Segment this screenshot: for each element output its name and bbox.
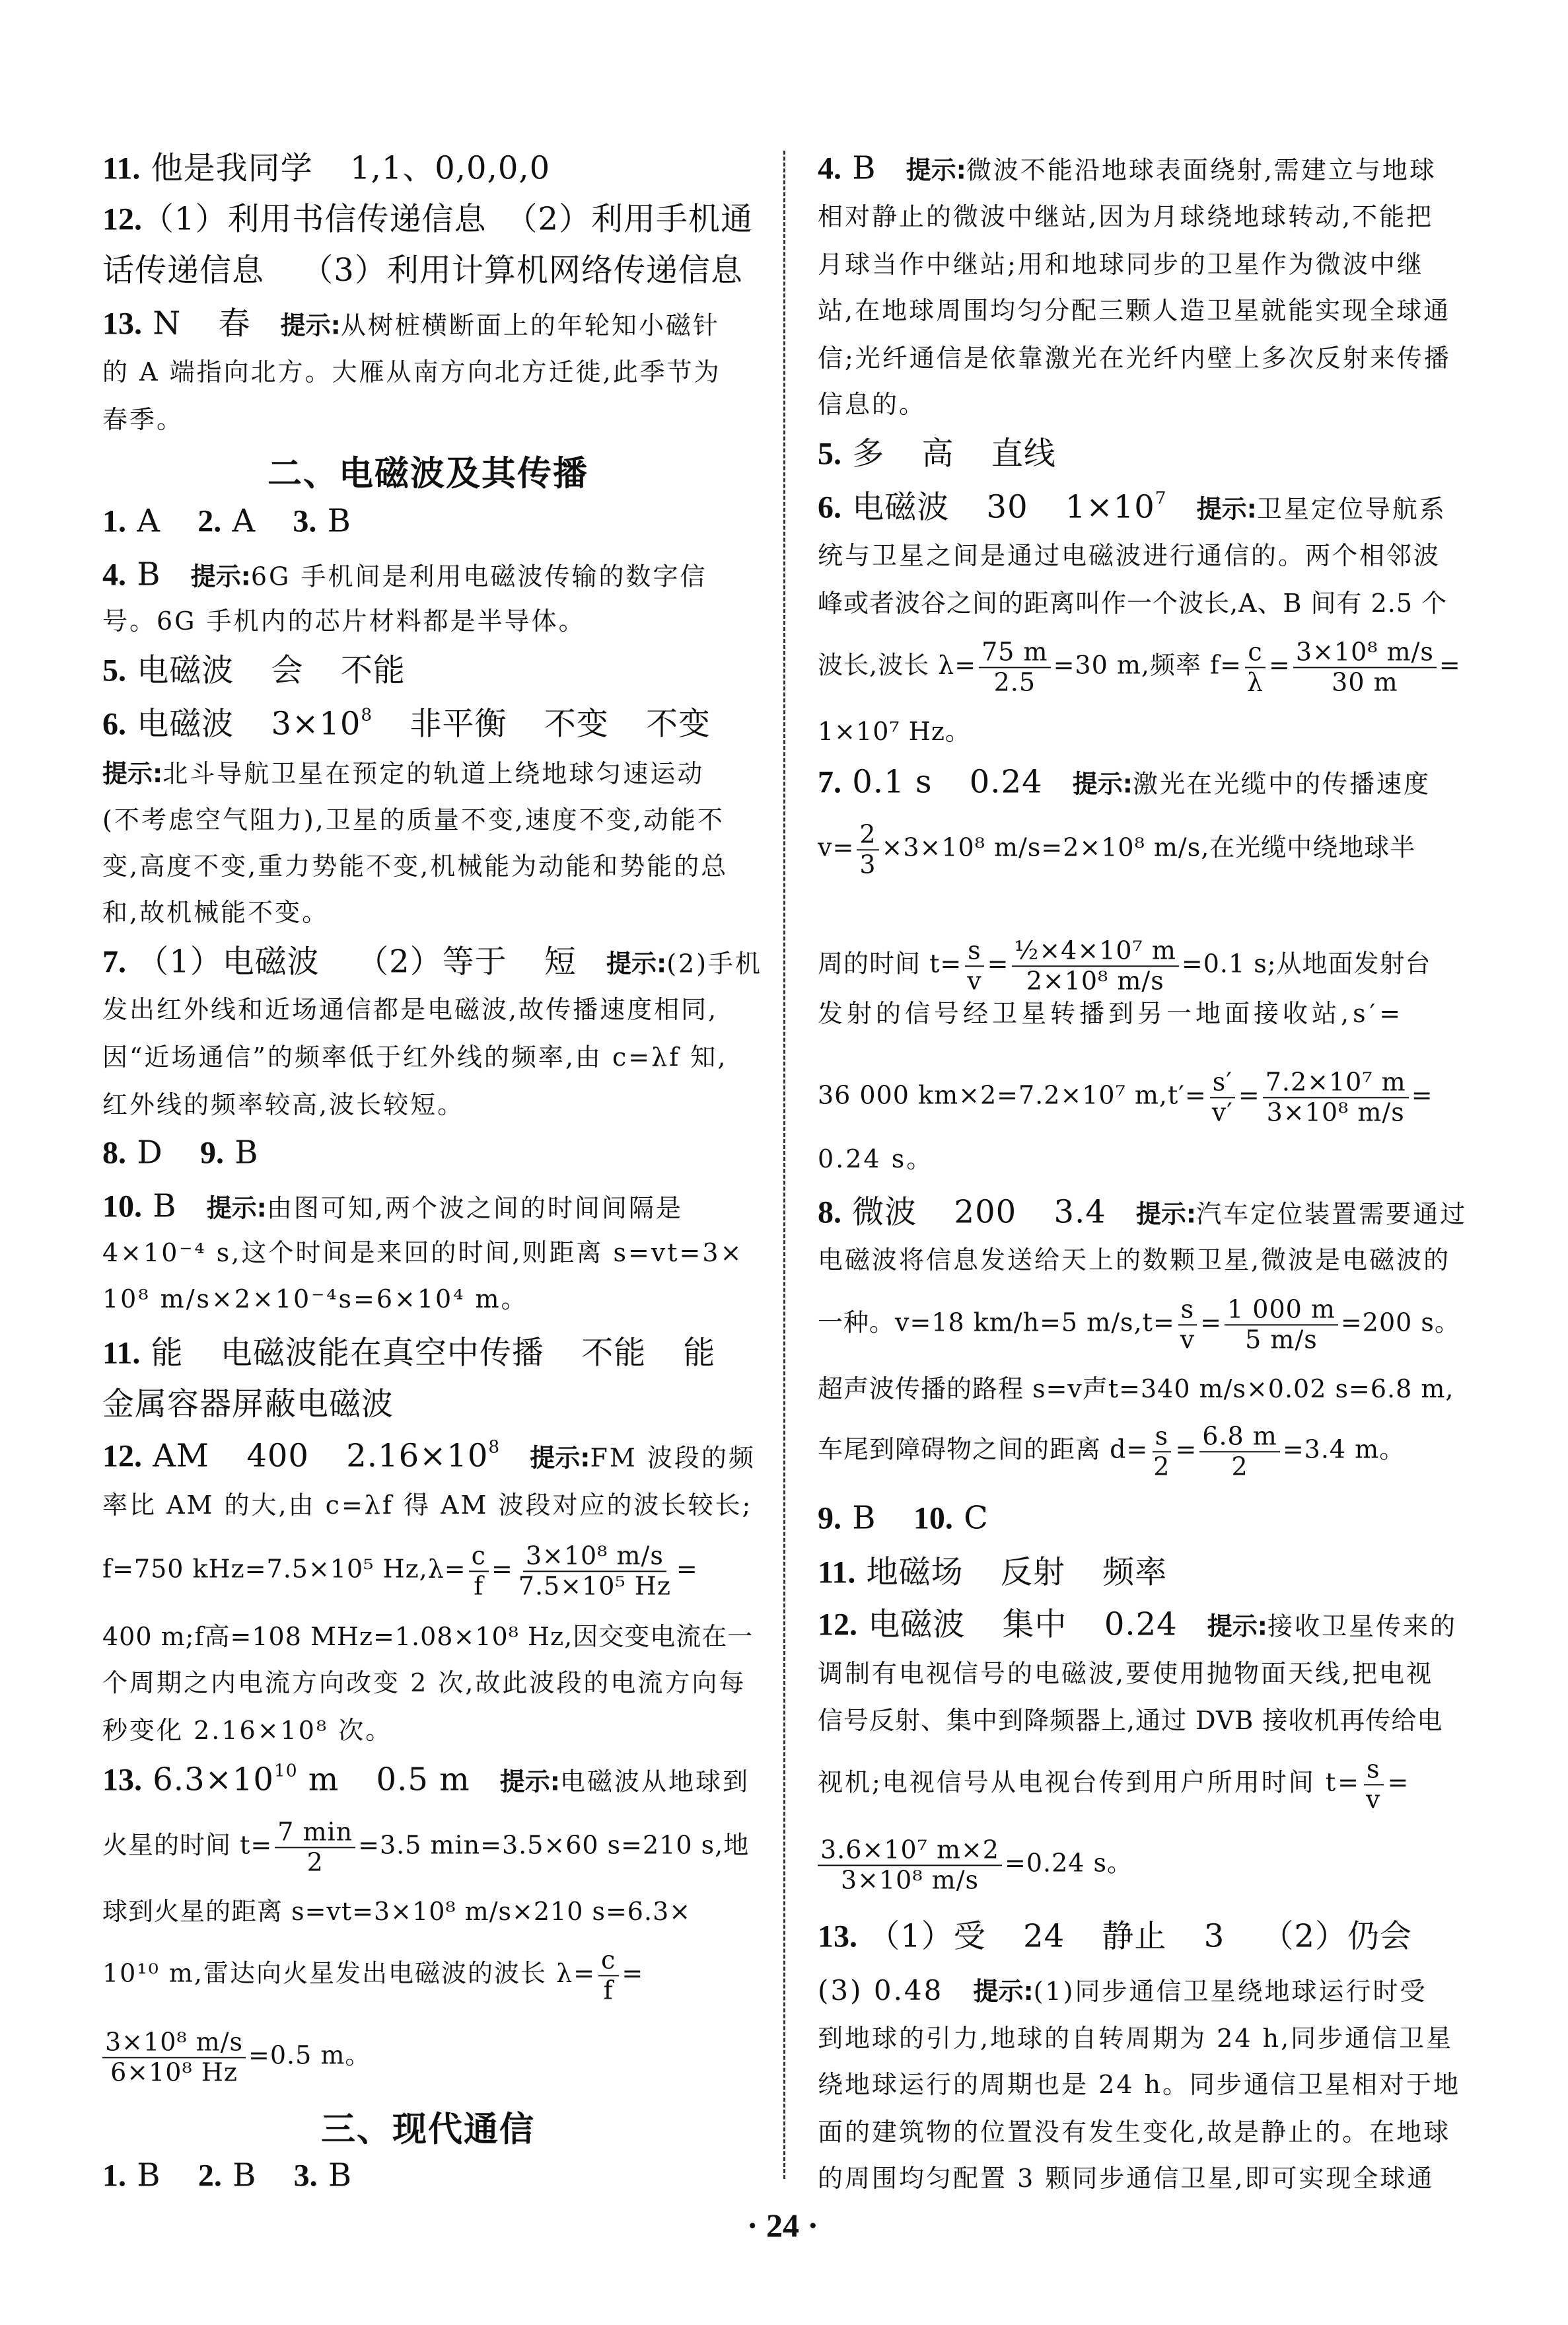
fraction: s′v′ [1209,1068,1236,1126]
hint-text: 4×10⁻⁴ s,这个时间是来回的时间,则距离 s=vt=3× [102,1240,753,1265]
hint-text: 信息的。 [818,392,1472,417]
answer-text: 非平衡 [410,706,507,743]
question-number: 5. [818,437,841,472]
answer-r12-line1: 12. 电磁波 集中 0.24 提示:接收卫星传来的 [818,1609,1472,1641]
question-number: 11. [102,151,140,186]
question-number: 4. [102,558,126,593]
hint-text: 到地球的引力,地球的自转周期为 24 h,同步通信卫星 [818,2026,1472,2051]
hint-label: 提示: [1136,1200,1196,1229]
question-number: 8. [102,1136,126,1171]
question-number: 6. [102,707,126,742]
hint-text: 站,在地球周围均匀分配三颗人造卫星就能实现全球通 [818,298,1472,323]
answer-r13-line2: (3) 0.48 提示:(1)同步通信卫星绕地球运行时受 [818,1977,1472,2005]
answer-text: 电磁波 [868,1606,965,1643]
answer-text: 不能 [341,652,406,689]
answer-r5: 5. 多 高 直线 [818,438,1472,470]
hint-text: 统与卫星之间是通过电磁波进行通信的。两个相邻波 [818,543,1472,568]
hint-label: 提示: [1207,1612,1267,1641]
answer-text: 春 [219,305,251,342]
fraction: 1 000 m5 m/s [1225,1295,1338,1354]
hint-formula: 视机;电视信号从电视台传到用户所用时间 t=sv= [818,1755,1472,1814]
question-number: 7. [102,945,126,980]
answer-text: 0.1 s [852,764,932,801]
hint-text: 发出红外线和近场通信都是电磁波,故传播速度相同, [102,997,753,1022]
section-heading: 二、电磁波及其传播 [267,446,588,496]
answer-text: AM [153,1438,209,1475]
answer-text: （1）受 [868,1918,986,1955]
answer-text: 不能 [581,1335,646,1372]
question-number: 10. [102,1189,142,1224]
hint-label: 提示: [191,562,251,591]
question-number: 6. [818,490,841,525]
hint-text: 变,高度不变,重力势能不变,机械能为动能和势能的总 [102,854,753,879]
hint-text: 球到火星的距离 s=vt=3×10⁸ m/s×210 s=6.3× [102,1899,753,1924]
question-number: 13. [102,1763,142,1798]
hint-text: 的 A 端指向北方。大雁从南方向北方迁徙,此季节为 [102,359,753,385]
hint-label: 提示: [530,1444,590,1473]
hint-text: 秒变化 2.16×10⁸ 次。 [102,1718,753,1743]
fraction: 7.2×10⁷ m3×10⁸ m/s [1263,1068,1409,1126]
answer-r13-line1: 13. （1）受 24 静止 3 （2）仍会 [818,1921,1472,1953]
answer-text: 能 [151,1335,184,1372]
question-number: 12. [102,202,142,237]
fraction: 23 [857,820,878,879]
hint-formula: 3.6×10⁷ m×23×10⁸ m/s=0.24 s。 [818,1835,1472,1894]
hint-text: 春季。 [102,407,753,432]
hint-label: 提示: [500,1767,560,1796]
answer-7-line1: 7. （1）电磁波 （2）等于 短 提示:(2)手机 [102,946,753,978]
hint-formula: 波长,波长 λ=75 m2.5=30 m,频率 f=cλ=3×10⁸ m/s30… [818,638,1472,696]
hint-text: (2)手机 [666,949,762,978]
answer-text: 静止 [1102,1918,1166,1955]
hint-text: 电磁波将信息发送给天上的数颗卫星,微波是电磁波的 [818,1247,1472,1273]
question-number: 2. [198,2159,222,2194]
hint-text: (不考虑空气阻力),卫星的质量不变,速度不变,动能不 [102,807,753,832]
fraction: sv [1178,1295,1197,1354]
hint-text: 激光在光缆中的传播速度 [1133,770,1431,799]
fraction: 3.6×10⁷ m×23×10⁸ m/s [818,1835,1002,1894]
answer-text: 电磁波 [852,489,949,526]
answers-8-9: 8. D 9. B [102,1137,753,1169]
fraction: 6.8 m2 [1199,1422,1280,1481]
answer-text: 会 [271,652,304,689]
hint-formula: 火星的时间 t=7 min2=3.5 min=3.5×60 s=210 s,地 [102,1818,753,1876]
answer-text: 短 [544,943,577,980]
answer-text: D [137,1134,162,1171]
question-number: 11. [818,1555,855,1590]
answer-text: 能 [683,1335,715,1372]
question-number: 12. [818,1607,857,1642]
fraction: 75 m2.5 [979,638,1050,696]
hint-text: FM 波段的频 [590,1444,756,1473]
question-number: 8. [818,1195,841,1230]
answer-text: B [153,1188,176,1225]
hint-text: 率比 AM 的大,由 c=λf 得 AM 波段对应的波长较长; [102,1493,753,1518]
question-number: 12. [102,1439,142,1474]
answer-text: C [964,1500,989,1537]
answer-text: 24 [1023,1918,1065,1955]
answer-text: 直线 [991,435,1056,472]
question-number: 9. [200,1136,224,1171]
answer-11: 11. 他是我同学 1,1、0,0,0,0 [102,153,753,185]
answer-text: 0.24 [1104,1606,1178,1643]
answers-s3-1-3: 1. B 2. B 3. B [102,2160,753,2192]
answer-text: 电磁波 [137,706,234,743]
answer-text: N [153,305,181,342]
hint-text: 信号反射、集中到降频器上,通过 DVB 接收机再传给电 [818,1708,1472,1733]
hint-text: 微波不能沿地球表面绕射,需建立与地球 [966,156,1437,185]
fraction: cf [598,1946,619,2005]
answer-text: 金属容器屏蔽电磁波 [102,1388,753,1420]
answer-text: 0.24 [970,764,1043,801]
hint-formula: v=23×3×10⁸ m/s=2×10⁸ m/s,在光缆中绕地球半 [818,820,1472,879]
answer-text: B [232,2157,256,2194]
answer-text: 400 [246,1438,309,1475]
answer-r11: 11. 地磁场 反射 频率 [818,1557,1472,1589]
column-divider [783,151,785,2179]
answer-4-line1: 4. B 提示:6G 手机间是利用电磁波传输的数字信 [102,559,753,591]
hint-text: 汽车定位装置需要通过 [1196,1200,1467,1229]
answer-text: 3.4 [1053,1194,1106,1231]
hint-formula: 36 000 km×2=7.2×10⁷ m,t′=s′v′=7.2×10⁷ m3… [818,1068,1472,1126]
hint-text: (1)同步通信卫星绕地球运行时受 [1034,1977,1427,2006]
hint-label: 提示: [1073,770,1133,799]
fraction: cλ [1244,638,1266,696]
answer-text: （2）仍会 [1262,1918,1413,1955]
hint-text: 和,故机械能不变。 [102,900,753,925]
answer-text: A [137,503,160,540]
hint-formula: 车尾到障碍物之间的距离 d=s2=6.8 m2=3.4 m。 [818,1422,1472,1481]
answer-text: 3 [1204,1918,1225,1955]
hint-text: 从树桩横断面上的年轮知小磁针 [341,311,720,340]
answer-text: B [328,2157,352,2194]
hint-text: 超声波传播的路程 s=v声t=340 m/s×0.02 s=6.8 m, [818,1376,1472,1401]
fraction: s2 [1151,1422,1172,1481]
hint-text: 6G 手机间是利用电磁波传输的数字信 [251,562,707,591]
question-number: 3. [293,504,316,539]
answer-text: B [137,556,160,593]
answer-text: 多 [852,435,884,472]
fraction: cf [469,1541,489,1600]
hint-text: 个周期之内电流方向改变 2 次,故此波段的电流方向每 [102,1670,753,1695]
question-number: 2. [197,504,221,539]
hint-text: 红外线的频率较高,波长较短。 [102,1092,753,1117]
fraction: sv [964,936,984,995]
question-number: 7. [818,765,841,800]
hint-text: 400 m;f高=108 MHz=1.08×10⁸ Hz,因交变电流在一 [102,1624,753,1649]
hint-text: 绕地球运行的周期也是 24 h。同步通信卫星相对于地 [818,2072,1472,2097]
answer-text: 微波 [852,1194,917,1231]
answer-text: 1×107 [1065,489,1167,526]
hint-text: 电磁波从地球到 [560,1767,750,1796]
answer-text: （2）等于 [357,943,507,980]
answers-r9-10: 9. B 10. C [818,1502,1472,1535]
answer-text: 1,1、0,0,0,0 [350,150,550,187]
hint-label: 提示: [1197,495,1257,524]
fraction: ½×4×10⁷ m2×10⁸ m/s [1012,936,1179,995]
answer-text: 地磁场 [867,1554,964,1591]
answer-13b-line1: 13. 6.3×1010 m 0.5 m 提示:电磁波从地球到 [102,1764,753,1796]
hint-label: 提示: [102,759,162,788]
answer-text: 6.3×1010 m [153,1761,339,1798]
question-number: 4. [818,151,841,186]
fraction: 3×10⁸ m/s30 m [1293,638,1437,696]
answer-text: 反射 [1001,1554,1065,1591]
hint-text: 相对静止的微波中继站,因为月球绕地球转动,不能把 [818,204,1472,229]
answer-text: 频率 [1102,1554,1167,1591]
page-number: · 24 · [747,2206,818,2244]
hint-text: 0.24 s。 [818,1146,1472,1171]
answer-text: 不变 [544,706,609,743]
answer-text: A [232,503,256,540]
answer-text: B [328,503,351,540]
answer-text: 他是我同学 [151,150,313,187]
answer-r4-line1: 4. B 提示:微波不能沿地球表面绕射,需建立与地球 [818,153,1472,185]
hint-label: 提示: [207,1194,267,1223]
hint-6-line1: 提示:北斗导航卫星在预定的轨道上绕地球匀速运动 [102,761,753,786]
hint-text: 由图可知,两个波之间的时间间隔是 [267,1194,683,1223]
answer-text: （1）电磁波 [137,943,320,980]
question-number: 1. [102,2159,126,2194]
answer-11b-line1: 11. 能 电磁波能在真空中传播 不能 能 [102,1337,753,1370]
hint-formula: 一种。v=18 km/h=5 m/s,t=sv=1 000 m5 m/s=200… [818,1295,1472,1354]
hint-label: 提示: [906,156,966,185]
question-number: 13. [102,307,142,342]
hint-text: 北斗导航卫星在预定的轨道上绕地球匀速运动 [162,759,704,788]
hint-text: 信;光纤通信是依靠激光在光纤内壁上多次反射来传播 [818,346,1472,371]
hint-label: 提示: [973,1977,1033,2006]
answer-12-line2: 话传递信息 （3）利用计算机网络传递信息 [102,254,753,286]
hint-text: 卫星定位导航系 [1257,495,1446,524]
answer-text: 不变 [646,706,711,743]
hint-formula: 3×10⁸ m/s6×10⁸ Hz=0.5 m。 [102,2028,753,2086]
hint-text: 月球当作中继站;用和地球同步的卫星作为微波中继 [818,252,1472,277]
answer-text: 3×108 [271,706,373,743]
answer-text: 200 [954,1194,1017,1231]
answer-text: 话传递信息 [102,252,264,289]
hint-text: 接收卫星传来的 [1267,1612,1457,1641]
answer-text: (3) 0.48 [818,1974,943,2007]
hint-formula: 10¹⁰ m,雷达向火星发出电磁波的波长 λ=cf= [102,1946,753,2005]
answer-text: B [234,1134,258,1171]
question-number: 11. [102,1336,140,1371]
section-heading: 三、现代通信 [321,2102,535,2151]
question-number: 1. [102,504,126,539]
hint-text: 发射的信号经卫星转播到另一地面接收站,s′= [818,1001,1472,1026]
fraction: 7 min2 [275,1818,355,1876]
answer-text: 2.16×108 [346,1438,500,1475]
answer-text: 0.5 m [376,1761,470,1798]
answer-text: （3）利用计算机网络传递信息 [301,252,743,289]
hint-text: 因“近场通信”的频率低于红外线的频率,由 c=λf 知, [102,1045,753,1070]
hint-text: 调制有电视信号的电磁波,要使用抛物面天线,把电视 [818,1661,1472,1686]
question-number: 5. [102,653,126,688]
answer-text: B [852,1500,876,1537]
hint-formula: 周的时间 t=sv=½×4×10⁷ m2×10⁸ m/s=0.1 s;从地面发射… [818,936,1472,995]
answer-text: B [852,150,876,187]
answer-10-line1: 10. B 提示:由图可知,两个波之间的时间间隔是 [102,1191,753,1223]
answer-text: 高 [922,435,954,472]
answer-r6-line1: 6. 电磁波 30 1×107 提示:卫星定位导航系 [818,492,1472,524]
answer-r7-line1: 7. 0.1 s 0.24 提示:激光在光缆中的传播速度 [818,766,1472,799]
hint-formula: f=750 kHz=7.5×10⁵ Hz,λ=cf=3×10⁸ m/s7.5×1… [102,1541,753,1600]
hint-text: 1×10⁷ Hz。 [818,719,1472,744]
hint-label: 提示: [281,311,341,340]
fraction: sv [1363,1755,1384,1814]
answer-r8-line1: 8. 微波 200 3.4 提示:汽车定位装置需要通过 [818,1197,1472,1229]
answer-5: 5. 电磁波 会 不能 [102,655,753,687]
answer-text: B [137,2157,160,2194]
answer-text: （2）利用手机通 [505,203,753,236]
hint-text: 峰或者波谷之间的距离叫作一个波长,A、B 间有 2.5 个 [818,591,1472,616]
answer-text: 30 [987,489,1028,526]
question-number: 3. [294,2159,318,2194]
answer-text: 集中 [1003,1606,1067,1643]
answer-12b-line1: 12. AM 400 2.16×108 提示:FM 波段的频 [102,1440,753,1473]
hint-text: 的周围均匀配置 3 颗同步通信卫星,即可实现全球通 [818,2166,1472,2191]
answer-text: 电磁波 [137,652,234,689]
answer-text: 电磁波能在真空中传播 [221,1335,544,1372]
hint-text: 号。6G 手机内的芯片材料都是半导体。 [102,609,753,634]
answer-12-line1: 12.（1）利用书信传递信息 （2）利用手机通 [102,203,753,236]
question-number: 9. [818,1501,841,1536]
answers-1-3: 1. A 2. A 3. B [102,505,753,538]
hint-label: 提示: [606,949,666,978]
hint-text: 面的建筑物的位置没有发生变化,故是静止的。在地球 [818,2120,1472,2145]
fraction: 3×10⁸ m/s6×10⁸ Hz [102,2028,246,2086]
answer-6: 6. 电磁波 3×108 非平衡 不变 不变 [102,708,753,741]
hint-text: 10⁸ m/s×2×10⁻⁴s=6×10⁴ m。 [102,1286,753,1311]
question-number: 13. [818,1919,857,1954]
question-number: 10. [913,1501,953,1536]
answer-13-line1: 13. N 春 提示:从树桩横断面上的年轮知小磁针 [102,308,753,340]
fraction: 3×10⁸ m/s7.5×10⁵ Hz [516,1541,674,1600]
answer-text: （1）利用书信传递信息 [142,201,487,238]
